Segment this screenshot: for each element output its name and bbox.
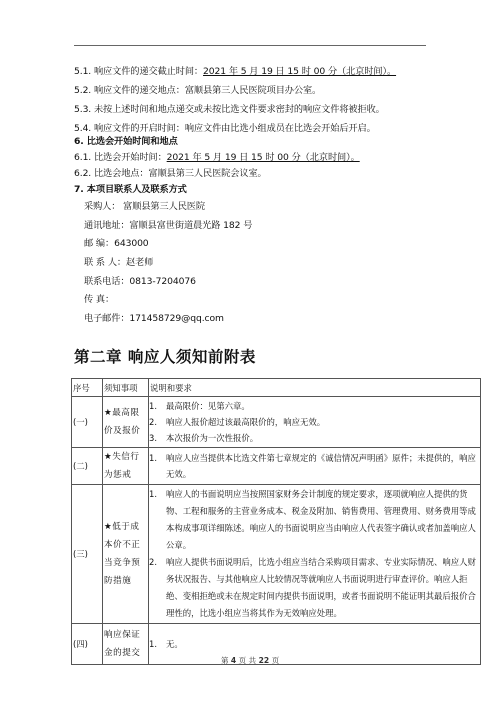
contact-postcode: 邮 编：643000 [84, 238, 149, 250]
list-item: 1.响应人的书面说明应当按照国家财务会计制度的规定要求，逐项就响应人提供的货物、… [149, 486, 480, 554]
section-7-title: 7. 本项目联系人及联系方式 [74, 184, 187, 196]
item-number: 2. [149, 554, 166, 571]
list-item: 2.响应人报价超过该最高限价的，响应无效。 [149, 414, 480, 430]
chapter-title: 第二章 响应人须知前附表 [74, 345, 256, 367]
list-item: 1.无。 [149, 636, 480, 652]
table-row: (二) ★失信行为惩戒 1.响应人应当提供本比选文件第七章规定的《诚信情况声明函… [72, 448, 481, 485]
section-5-4: 5.4. 响应文件的开启时间：响应文件由比选小组成员在比选会开始后开启。 [74, 123, 376, 135]
section-5-2: 5.2. 响应文件的递交地点：富顺县第三人民医院项目办公室。 [74, 85, 321, 97]
item-number: 1. [149, 486, 166, 503]
section-6-1: 6.1. 比选会开始时间：2021 年 5 月 19 日 15 时 00 分（北… [74, 152, 360, 164]
page-footer: 第 4 页 共 22 页 [0, 655, 500, 666]
total-pages: 22 [259, 656, 270, 665]
item-text: 无。 [166, 636, 183, 652]
section-6-1-label: 6.1. 比选会开始时间： [74, 152, 167, 163]
row-number: (三) [72, 485, 103, 624]
row-topic: ★失信行为惩戒 [103, 448, 149, 485]
list-item: 1.响应人应当提供本比选文件第七章规定的《诚信情况声明函》原件；未提供的，响应无… [149, 450, 480, 482]
row-items: 1.最高限价：见第六章。 2.响应人报价超过该最高限价的，响应无效。 3.本次报… [149, 397, 481, 448]
section-6-2: 6.2. 比选会地点：富顺县第三人民医院会议室。 [74, 168, 267, 180]
list-item: 3.本次报价为一次性报价。 [149, 430, 480, 446]
section-5-1: 5.1. 响应文件的递交截止时间：2021 年 5 月 19 日 15 时 00… [74, 66, 396, 78]
row-number: (二) [72, 448, 103, 485]
row-number: (一) [72, 397, 103, 448]
item-number: 3. [149, 430, 166, 446]
item-text: 本次报价为一次性报价。 [166, 430, 258, 446]
item-text: 响应人应当提供本比选文件第七章规定的《诚信情况声明函》原件；未提供的，响应无效。 [166, 450, 480, 482]
item-text: 响应人提供书面说明后，比选小组应当结合采购项目需求、专业实际情况、响应人财务状况… [166, 554, 480, 622]
list-item: 2.响应人提供书面说明后，比选小组应当结合采购项目需求、专业实际情况、响应人财务… [149, 554, 480, 622]
contact-person: 联 系 人：赵老师 [84, 257, 153, 269]
header-cell: 说明和要求 [149, 379, 481, 397]
contact-address: 通讯地址：富顺县富世街道晨光路 182 号 [84, 220, 252, 232]
notice-table: 序号 须知事项 说明和要求 (一) ★最高限价及报价 1.最高限价：见第六章。 … [71, 378, 481, 665]
row-items: 1.响应人应当提供本比选文件第七章规定的《诚信情况声明函》原件；未提供的，响应无… [149, 448, 481, 485]
item-number: 1. [149, 450, 166, 466]
row-items: 1.响应人的书面说明应当按照国家财务会计制度的规定要求，逐项就响应人提供的货物、… [149, 485, 481, 624]
current-page: 4 [231, 656, 236, 665]
table-row: (一) ★最高限价及报价 1.最高限价：见第六章。 2.响应人报价超过该最高限价… [72, 397, 481, 448]
item-text: 响应人的书面说明应当按照国家财务会计制度的规定要求，逐项就响应人提供的货物、工程… [166, 486, 480, 554]
row-topic: ★低于成本价不正当竞争预防措施 [103, 485, 149, 624]
contact-purchaser: 采购人： 富顺县第三人民医院 [84, 201, 205, 213]
section-5-1-label: 5.1. 响应文件的递交截止时间： [74, 66, 203, 77]
meeting-start-time: 2021 年 5 月 19 日 15 时 00 分（北京时间）。 [167, 152, 360, 163]
table-header-row: 序号 须知事项 说明和要求 [72, 379, 481, 397]
item-number: 1. [149, 398, 166, 414]
item-number: 1. [149, 636, 166, 652]
table-row: (三) ★低于成本价不正当竞争预防措施 1.响应人的书面说明应当按照国家财务会计… [72, 485, 481, 624]
submission-deadline: 2021 年 5 月 19 日 15 时 00 分（北京时间）。 [203, 66, 396, 77]
item-text: 最高限价：见第六章。 [166, 398, 250, 414]
section-5-3: 5.3. 未按上述时间和地点递交或未按比选文件要求密封的响应文件将被拒收。 [74, 104, 385, 116]
section-6-title: 6. 比选会开始时间和地点 [74, 136, 178, 148]
item-number: 2. [149, 414, 166, 430]
footer-post: 页 [272, 656, 280, 665]
footer-mid: 页 共 [239, 656, 257, 665]
row-topic: ★最高限价及报价 [103, 397, 149, 448]
header-rule [74, 45, 426, 46]
contact-phone: 联系电话：0813-7204076 [84, 276, 196, 288]
header-cell: 须知事项 [103, 379, 149, 397]
list-item: 1.最高限价：见第六章。 [149, 398, 480, 414]
contact-email: 电子邮件：171458729@qq.com [84, 313, 224, 325]
footer-pre: 第 [221, 656, 229, 665]
header-cell: 序号 [72, 379, 103, 397]
contact-fax: 传 真： [84, 294, 114, 306]
item-text: 响应人报价超过该最高限价的，响应无效。 [166, 414, 325, 430]
